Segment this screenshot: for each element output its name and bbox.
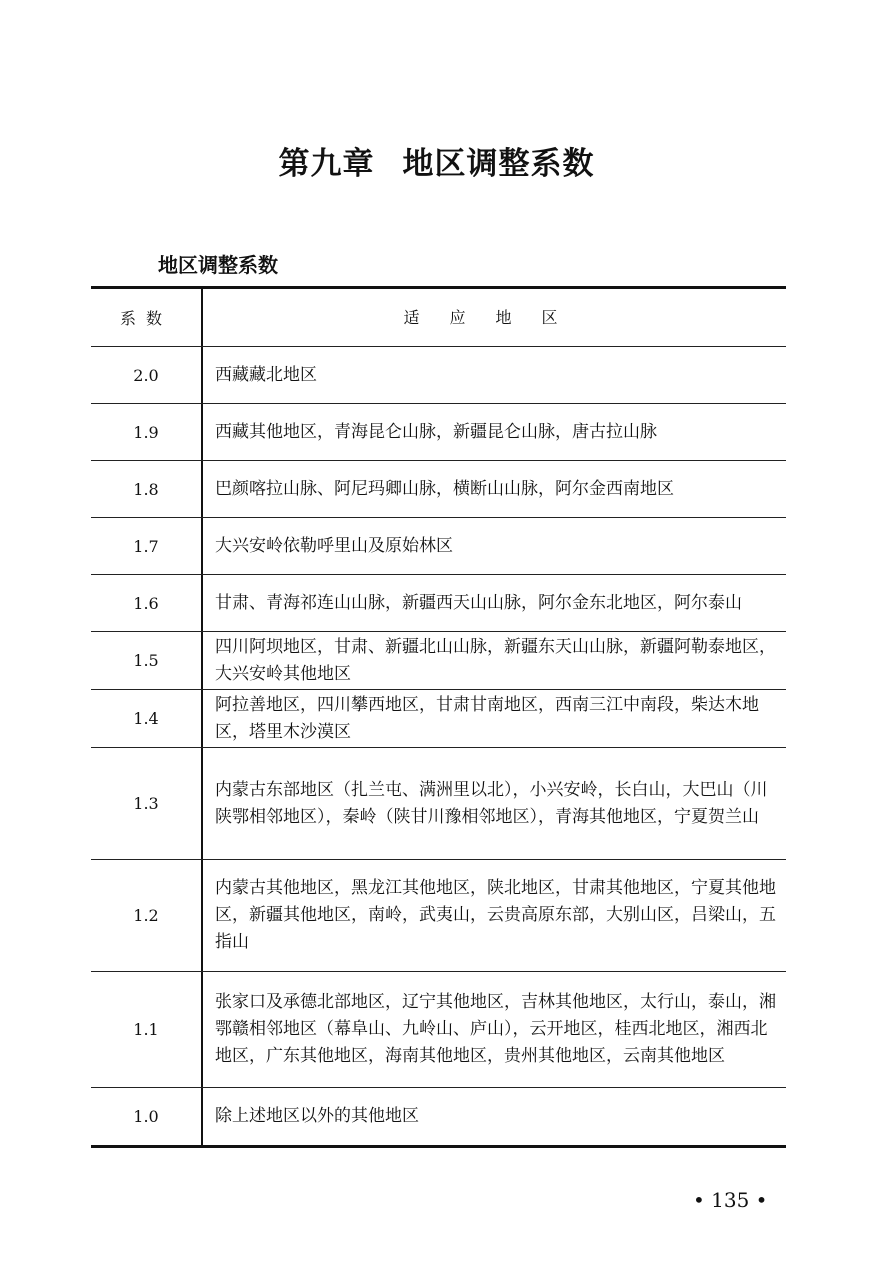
table-row: 1.2 内蒙古其他地区，黑龙江其他地区，陕北地区，甘肃其他地区，宁夏其他地区，新…: [91, 860, 786, 972]
chapter-title: 第九章地区调整系数: [0, 138, 873, 183]
region-cell: 内蒙古东部地区（扎兰屯、满洲里以北），小兴安岭，长白山，大巴山（川陕鄂相邻地区）…: [203, 748, 786, 859]
region-cell: 内蒙古其他地区，黑龙江其他地区，陕北地区，甘肃其他地区，宁夏其他地区，新疆其他地…: [203, 860, 786, 971]
table-row: 1.0 除上述地区以外的其他地区: [91, 1088, 786, 1145]
coefficient-cell: 1.0: [91, 1088, 203, 1145]
region-cell: 除上述地区以外的其他地区: [203, 1088, 786, 1145]
table-row: 1.9 西藏其他地区，青海昆仑山脉，新疆昆仑山脉，唐古拉山脉: [91, 404, 786, 461]
chapter-number: 第九章: [279, 146, 375, 182]
coefficient-cell: 2.0: [91, 347, 203, 403]
table-row: 1.8 巴颜喀拉山脉、阿尼玛卿山脉，横断山山脉，阿尔金西南地区: [91, 461, 786, 518]
region-cell: 张家口及承德北部地区，辽宁其他地区，吉林其他地区，太行山，泰山，湘鄂赣相邻地区（…: [203, 972, 786, 1087]
coefficient-cell: 1.5: [91, 632, 203, 689]
coefficient-cell: 1.9: [91, 404, 203, 460]
region-cell: 大兴安岭依勒呼里山及原始林区: [203, 518, 786, 574]
region-cell: 西藏其他地区，青海昆仑山脉，新疆昆仑山脉，唐古拉山脉: [203, 404, 786, 460]
table-row: 1.7 大兴安岭依勒呼里山及原始林区: [91, 518, 786, 575]
region-cell: 甘肃、青海祁连山山脉，新疆西天山山脉，阿尔金东北地区，阿尔泰山: [203, 575, 786, 631]
coefficient-cell: 1.1: [91, 972, 203, 1087]
table-title: 地区调整系数: [158, 249, 278, 278]
table-row: 1.4 阿拉善地区，四川攀西地区，甘肃甘南地区，西南三江中南段，柴达木地区，塔里…: [91, 690, 786, 748]
region-coefficient-table: 系数 适应地区 2.0 西藏藏北地区 1.9 西藏其他地区，青海昆仑山脉，新疆昆…: [91, 286, 786, 1148]
coefficient-cell: 1.2: [91, 860, 203, 971]
chapter-name: 地区调整系数: [403, 146, 595, 182]
region-cell: 四川阿坝地区，甘肃、新疆北山山脉，新疆东天山山脉，新疆阿勒泰地区，大兴安岭其他地…: [203, 632, 786, 689]
table-row: 1.3 内蒙古东部地区（扎兰屯、满洲里以北），小兴安岭，长白山，大巴山（川陕鄂相…: [91, 748, 786, 860]
coefficient-cell: 1.7: [91, 518, 203, 574]
table-header-row: 系数 适应地区: [91, 289, 786, 347]
region-cell: 巴颜喀拉山脉、阿尼玛卿山脉，横断山山脉，阿尔金西南地区: [203, 461, 786, 517]
region-cell: 西藏藏北地区: [203, 347, 786, 403]
page-number: • 135 •: [693, 1188, 767, 1212]
region-cell: 阿拉善地区，四川攀西地区，甘肃甘南地区，西南三江中南段，柴达木地区，塔里木沙漠区: [203, 690, 786, 747]
header-region: 适应地区: [203, 289, 786, 346]
table-row: 1.5 四川阿坝地区，甘肃、新疆北山山脉，新疆东天山山脉，新疆阿勒泰地区，大兴安…: [91, 632, 786, 690]
table-row: 1.1 张家口及承德北部地区，辽宁其他地区，吉林其他地区，太行山，泰山，湘鄂赣相…: [91, 972, 786, 1088]
table-row: 2.0 西藏藏北地区: [91, 347, 786, 404]
header-coefficient: 系数: [91, 289, 203, 346]
coefficient-cell: 1.3: [91, 748, 203, 859]
coefficient-cell: 1.8: [91, 461, 203, 517]
table-row: 1.6 甘肃、青海祁连山山脉，新疆西天山山脉，阿尔金东北地区，阿尔泰山: [91, 575, 786, 632]
coefficient-cell: 1.6: [91, 575, 203, 631]
coefficient-cell: 1.4: [91, 690, 203, 747]
